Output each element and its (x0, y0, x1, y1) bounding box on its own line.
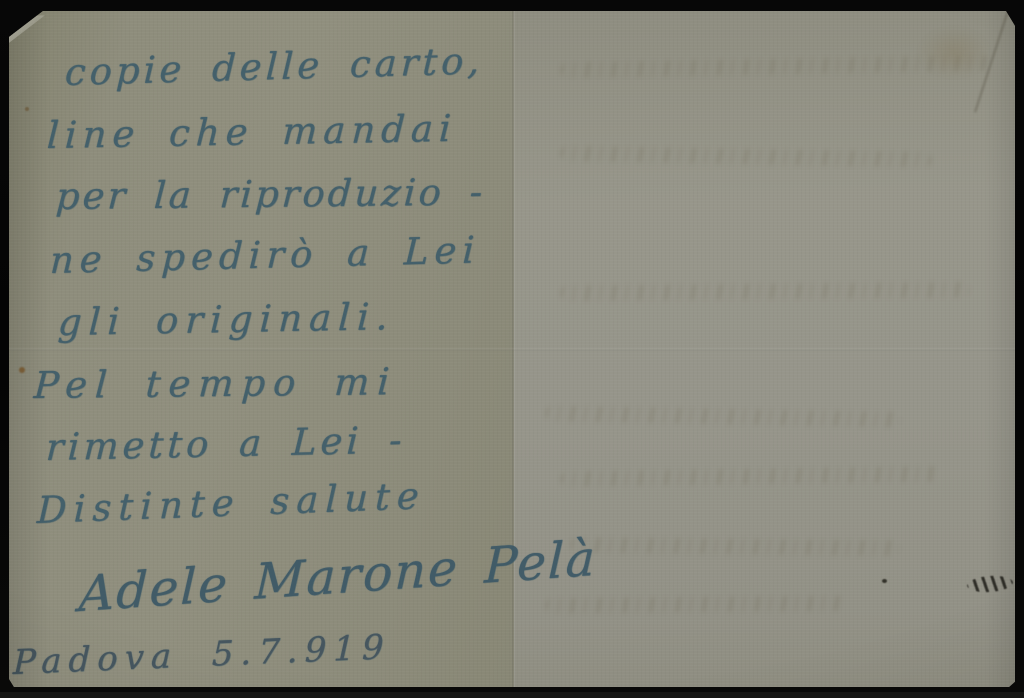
handwriting-line-1: copie delle carto, (64, 41, 484, 93)
handwriting-line-6: Pel tempo mi (33, 362, 399, 407)
handwriting-line-2: line che mandai (46, 109, 458, 157)
handwriting-line-7: rimetto a Lei - (45, 420, 407, 468)
scan-edge-strip (0, 692, 1024, 698)
signature: Adele Marone Pelà (78, 532, 598, 622)
letter-sheet: copie delle carto, line che mandai per l… (9, 11, 1015, 687)
handwriting-line-3: per la riproduzio - (55, 172, 487, 217)
handwriting-line-8: Distinte salute (36, 476, 426, 532)
handwritten-text-block: copie delle carto, line che mandai per l… (9, 11, 1015, 687)
place-date: Padova 5.7.919 (12, 629, 391, 682)
handwriting-line-5: gli originali. (57, 297, 396, 344)
scanner-background: copie delle carto, line che mandai per l… (0, 0, 1024, 698)
handwriting-line-4: ne spedirò a Lei (49, 230, 481, 281)
